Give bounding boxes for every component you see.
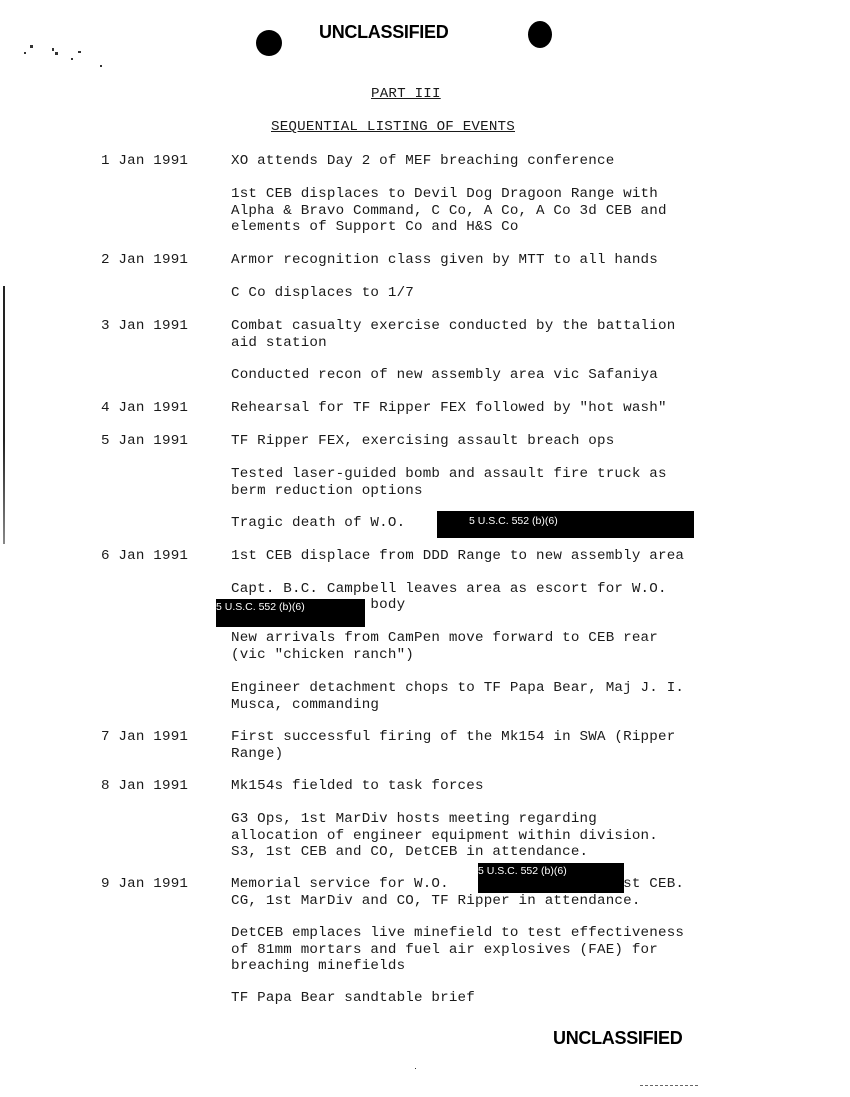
event-text-line: allocation of engineer equipment within … — [231, 828, 658, 844]
event-date: 3 Jan 1991 — [101, 318, 188, 334]
hole-punch-mark — [528, 21, 552, 48]
redaction-exemption-label: 5 U.S.C. 552 (b)(6) — [478, 866, 567, 877]
event-text-line: DetCEB emplaces live minefield to test e… — [231, 925, 684, 941]
event-text-line: C Co displaces to 1/7 — [231, 285, 414, 301]
document-title: SEQUENTIAL LISTING OF EVENTS — [271, 119, 515, 135]
document-page: UNCLASSIFIED PART III SEQUENTIAL LISTING… — [0, 0, 850, 1097]
event-text-line: First successful firing of the Mk154 in … — [231, 729, 675, 745]
scan-margin-artifact — [3, 286, 5, 544]
event-date: 5 Jan 1991 — [101, 433, 188, 449]
redaction-box: 5 U.S.C. 552 (b)(6) — [478, 863, 624, 893]
event-date: 7 Jan 1991 — [101, 729, 188, 745]
event-text-line: Alpha & Bravo Command, C Co, A Co, A Co … — [231, 203, 667, 219]
event-date: 6 Jan 1991 — [101, 548, 188, 564]
event-text-line: G3 Ops, 1st MarDiv hosts meeting regardi… — [231, 811, 597, 827]
hole-punch-mark — [256, 30, 282, 56]
scan-speck — [55, 52, 58, 55]
event-date: 9 Jan 1991 — [101, 876, 188, 892]
event-text-line: Conducted recon of new assembly area vic… — [231, 367, 658, 383]
scan-speck — [24, 52, 26, 54]
event-text-line: elements of Support Co and H&S Co — [231, 219, 519, 235]
event-text-line: Mk154s fielded to task forces — [231, 778, 484, 794]
event-date: 8 Jan 1991 — [101, 778, 188, 794]
event-text-line: Rehearsal for TF Ripper FEX followed by … — [231, 400, 667, 416]
redaction-exemption-label: 5 U.S.C. 552 (b)(6) — [469, 516, 558, 527]
event-text-line: TF Ripper FEX, exercising assault breach… — [231, 433, 614, 449]
scan-speck — [78, 51, 81, 53]
redaction-box: 5 U.S.C. 552 (b)(6) — [216, 599, 365, 627]
event-text-line: of 81mm mortars and fuel air explosives … — [231, 942, 658, 958]
scan-speck — [71, 58, 73, 60]
event-text-line: 1st CEB displaces to Devil Dog Dragoon R… — [231, 186, 658, 202]
event-text-line: CG, 1st MarDiv and CO, TF Ripper in atte… — [231, 893, 641, 909]
event-text-line: Tested laser-guided bomb and assault fir… — [231, 466, 667, 482]
event-text-line: Capt. B.C. Campbell leaves area as escor… — [231, 581, 667, 597]
scan-speck — [52, 48, 54, 51]
event-text-line: Engineer detachment chops to TF Papa Bea… — [231, 680, 684, 696]
classification-marking-top: UNCLASSIFIED — [319, 22, 448, 43]
event-text-line: berm reduction options — [231, 483, 423, 499]
event-date: 2 Jan 1991 — [101, 252, 188, 268]
event-text-line: aid station — [231, 335, 327, 351]
event-text-line: Combat casualty exercise conducted by th… — [231, 318, 675, 334]
event-text-line: New arrivals from CamPen move forward to… — [231, 630, 658, 646]
event-text-line: breaching minefields — [231, 958, 405, 974]
event-text-line: (vic "chicken ranch") — [231, 647, 414, 663]
event-text-line: XO attends Day 2 of MEF breaching confer… — [231, 153, 614, 169]
classification-marking-bottom: UNCLASSIFIED — [553, 1028, 682, 1049]
redaction-box: 5 U.S.C. 552 (b)(6) — [437, 511, 694, 538]
event-text-line: Tragic death of W.O. — [231, 515, 405, 531]
event-text-line: Range) — [231, 746, 283, 762]
event-text-line: Armor recognition class given by MTT to … — [231, 252, 658, 268]
scan-speck — [415, 1068, 416, 1069]
event-text-line: TF Papa Bear sandtable brief — [231, 990, 475, 1006]
part-heading: PART III — [371, 86, 441, 102]
event-text-line: Musca, commanding — [231, 697, 379, 713]
redaction-exemption-label: 5 U.S.C. 552 (b)(6) — [216, 602, 305, 613]
event-text-line: S3, 1st CEB and CO, DetCEB in attendance… — [231, 844, 588, 860]
scan-speck — [100, 65, 102, 67]
event-date: 1 Jan 1991 — [101, 153, 188, 169]
scan-dash-artifact — [640, 1085, 698, 1086]
event-date: 4 Jan 1991 — [101, 400, 188, 416]
event-text-line: 1st CEB displace from DDD Range to new a… — [231, 548, 684, 564]
scan-speck — [30, 45, 33, 48]
